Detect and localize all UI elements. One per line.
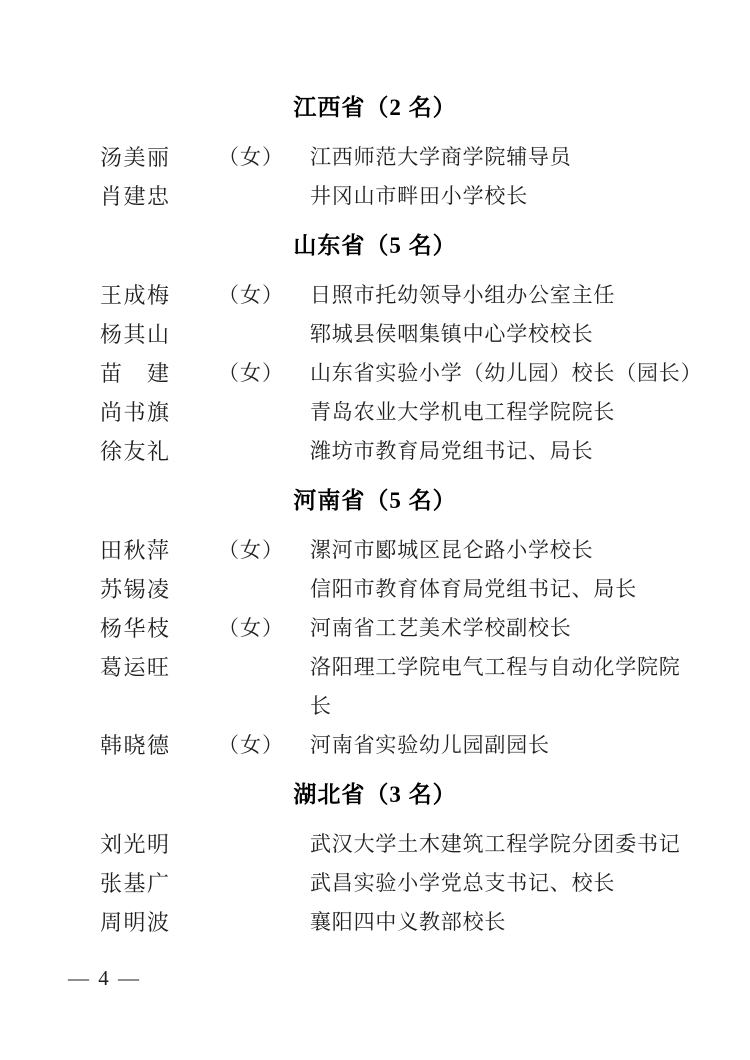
roster-list: 江西省（2 名） 汤美丽 （女） 江西师范大学商学院辅导员 肖建忠 井冈山市畔田… bbox=[0, 0, 750, 942]
person-name: 肖建忠 bbox=[100, 177, 218, 216]
person-name: 韩晓德 bbox=[100, 726, 218, 765]
province-rows: 王成梅 （女） 日照市托幼领导小组办公室主任 杨其山 郓城县侯咽集镇中心学校校长… bbox=[0, 276, 750, 471]
page-number: — 4 — bbox=[68, 966, 141, 991]
person-gender: （女） bbox=[218, 138, 310, 177]
person-row: 葛运旺 洛阳理工学院电气工程与自动化学院院 长 bbox=[0, 648, 750, 726]
person-title: 潍坊市教育局党组书记、局长 bbox=[310, 432, 710, 471]
person-row: 汤美丽 （女） 江西师范大学商学院辅导员 bbox=[0, 138, 750, 177]
province-rows: 汤美丽 （女） 江西师范大学商学院辅导员 肖建忠 井冈山市畔田小学校长 bbox=[0, 138, 750, 216]
person-gender: （女） bbox=[218, 276, 310, 315]
person-title: 日照市托幼领导小组办公室主任 bbox=[310, 276, 710, 315]
province-header: 山东省（5 名） bbox=[0, 226, 750, 266]
person-name: 尚书旗 bbox=[100, 393, 218, 432]
province-rows: 刘光明 武汉大学土木建筑工程学院分团委书记 张基广 武昌实验小学党总支书记、校长… bbox=[0, 825, 750, 942]
person-row: 韩晓德 （女） 河南省实验幼儿园副园长 bbox=[0, 726, 750, 765]
person-title: 洛阳理工学院电气工程与自动化学院院 长 bbox=[310, 648, 710, 726]
province-header: 湖北省（3 名） bbox=[0, 775, 750, 815]
person-row: 刘光明 武汉大学土木建筑工程学院分团委书记 bbox=[0, 825, 750, 864]
province-section: 河南省（5 名） 田秋萍 （女） 漯河市郾城区昆仑路小学校长 苏锡凌 信阳市教育… bbox=[0, 481, 750, 765]
person-row: 肖建忠 井冈山市畔田小学校长 bbox=[0, 177, 750, 216]
person-title: 河南省工艺美术学校副校长 bbox=[310, 609, 710, 648]
person-gender: （女） bbox=[218, 531, 310, 570]
person-row: 徐友礼 潍坊市教育局党组书记、局长 bbox=[0, 432, 750, 471]
person-name: 汤美丽 bbox=[100, 138, 218, 177]
person-name: 杨华枝 bbox=[100, 609, 218, 648]
person-row: 田秋萍 （女） 漯河市郾城区昆仑路小学校长 bbox=[0, 531, 750, 570]
person-title: 漯河市郾城区昆仑路小学校长 bbox=[310, 531, 710, 570]
person-row: 杨其山 郓城县侯咽集镇中心学校校长 bbox=[0, 315, 750, 354]
document-page: 江西省（2 名） 汤美丽 （女） 江西师范大学商学院辅导员 肖建忠 井冈山市畔田… bbox=[0, 0, 750, 942]
person-name: 刘光明 bbox=[100, 825, 218, 864]
person-name: 徐友礼 bbox=[100, 432, 218, 471]
person-gender: （女） bbox=[218, 609, 310, 648]
person-row: 苏锡凌 信阳市教育体育局党组书记、局长 bbox=[0, 570, 750, 609]
province-header: 江西省（2 名） bbox=[0, 88, 750, 128]
province-header: 河南省（5 名） bbox=[0, 481, 750, 521]
person-name: 王成梅 bbox=[100, 276, 218, 315]
person-row: 王成梅 （女） 日照市托幼领导小组办公室主任 bbox=[0, 276, 750, 315]
person-title: 江西师范大学商学院辅导员 bbox=[310, 138, 710, 177]
person-title: 武汉大学土木建筑工程学院分团委书记 bbox=[310, 825, 710, 864]
province-rows: 田秋萍 （女） 漯河市郾城区昆仑路小学校长 苏锡凌 信阳市教育体育局党组书记、局… bbox=[0, 531, 750, 765]
person-gender: （女） bbox=[218, 726, 310, 765]
person-title: 信阳市教育体育局党组书记、局长 bbox=[310, 570, 710, 609]
person-row: 周明波 襄阳四中义教部校长 bbox=[0, 903, 750, 942]
person-title: 青岛农业大学机电工程学院院长 bbox=[310, 393, 710, 432]
person-name: 张基广 bbox=[100, 864, 218, 903]
person-name: 葛运旺 bbox=[100, 648, 218, 687]
person-title: 襄阳四中义教部校长 bbox=[310, 903, 710, 942]
person-name: 杨其山 bbox=[100, 315, 218, 354]
person-name: 田秋萍 bbox=[100, 531, 218, 570]
person-row: 苗 建 （女） 山东省实验小学（幼儿园）校长（园长） bbox=[0, 354, 750, 393]
person-title: 郓城县侯咽集镇中心学校校长 bbox=[310, 315, 710, 354]
person-title: 武昌实验小学党总支书记、校长 bbox=[310, 864, 710, 903]
person-gender: （女） bbox=[218, 354, 310, 393]
province-section: 湖北省（3 名） 刘光明 武汉大学土木建筑工程学院分团委书记 张基广 武昌实验小… bbox=[0, 775, 750, 942]
person-name: 周明波 bbox=[100, 903, 218, 942]
person-title: 井冈山市畔田小学校长 bbox=[310, 177, 710, 216]
province-section: 山东省（5 名） 王成梅 （女） 日照市托幼领导小组办公室主任 杨其山 郓城县侯… bbox=[0, 226, 750, 471]
province-section: 江西省（2 名） 汤美丽 （女） 江西师范大学商学院辅导员 肖建忠 井冈山市畔田… bbox=[0, 88, 750, 216]
person-row: 张基广 武昌实验小学党总支书记、校长 bbox=[0, 864, 750, 903]
person-name: 苗 建 bbox=[100, 354, 218, 393]
person-title: 河南省实验幼儿园副园长 bbox=[310, 726, 710, 765]
person-name: 苏锡凌 bbox=[100, 570, 218, 609]
person-row: 杨华枝 （女） 河南省工艺美术学校副校长 bbox=[0, 609, 750, 648]
person-row: 尚书旗 青岛农业大学机电工程学院院长 bbox=[0, 393, 750, 432]
person-title: 山东省实验小学（幼儿园）校长（园长） bbox=[310, 354, 710, 393]
